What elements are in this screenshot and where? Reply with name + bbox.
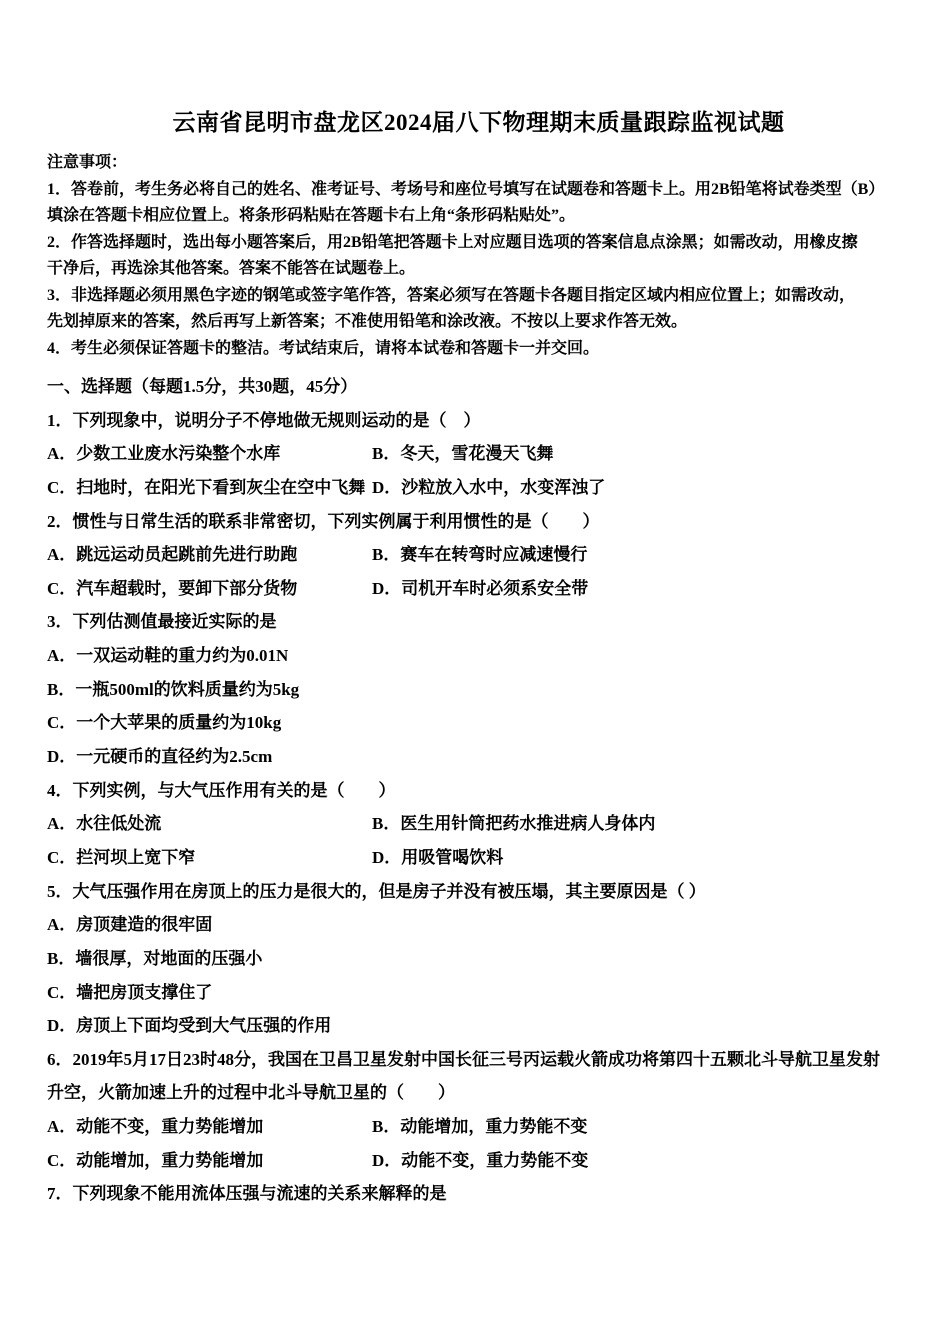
- question-1-option-row-2: C．扫地时，在阳光下看到灰尘在空中飞舞 D．沙粒放入水中，水变浑浊了: [47, 471, 910, 505]
- question-2-option-row-2: C．汽车超载时，要卸下部分货物 D．司机开车时必须系安全带: [47, 572, 910, 606]
- notice-section: 注意事项： 1．答卷前，考生务必将自己的姓名、准考证号、考场号和座位号填写在试题…: [47, 150, 910, 362]
- option-d: D．用吸管喝饮料: [372, 841, 910, 875]
- option-c: C．一个大苹果的质量约为10kg: [47, 706, 910, 740]
- option-c: C．墙把房顶支撑住了: [47, 976, 910, 1010]
- question-6-option-row-2: C．动能增加，重力势能增加 D．动能不变，重力势能不变: [47, 1144, 910, 1178]
- question-6-stem-line-2: 升空，火箭加速上升的过程中北斗导航卫星的（ ）: [47, 1076, 910, 1110]
- question-4-stem: 4．下列实例，与大气压作用有关的是（ ）: [47, 774, 910, 808]
- question-7: 7．下列现象不能用流体压强与流速的关系来解释的是: [47, 1177, 910, 1211]
- option-a: A．少数工业废水污染整个水库: [47, 437, 372, 471]
- option-b: B．动能增加，重力势能不变: [372, 1110, 910, 1144]
- notice-item-2-line-1: 2．作答选择题时，选出每小题答案后，用2B铅笔把答题卡上对应题目选项的答案信息点…: [47, 230, 910, 257]
- option-c: C．动能增加，重力势能增加: [47, 1144, 372, 1178]
- option-b: B．赛车在转弯时应减速慢行: [372, 538, 910, 572]
- exam-paper-page: 云南省昆明市盘龙区2024届八下物理期末质量跟踪监视试题 注意事项： 1．答卷前…: [0, 0, 950, 1344]
- question-4-option-row-2: C．拦河坝上宽下窄 D．用吸管喝饮料: [47, 841, 910, 875]
- question-3-stem: 3．下列估测值最接近实际的是: [47, 605, 910, 639]
- question-1-stem: 1．下列现象中，说明分子不停地做无规则运动的是（ ）: [47, 404, 910, 438]
- option-b: B．冬天，雪花漫天飞舞: [372, 437, 910, 471]
- option-d: D．一元硬币的直径约为2.5cm: [47, 740, 910, 774]
- notice-item-4: 4．考生必须保证答题卡的整洁。考试结束后，请将本试卷和答题卡一并交回。: [47, 336, 910, 363]
- question-6-option-row-1: A．动能不变，重力势能增加 B．动能增加，重力势能不变: [47, 1110, 910, 1144]
- option-a: A．动能不变，重力势能增加: [47, 1110, 372, 1144]
- question-5-stem: 5．大气压强作用在房顶上的压力是很大的，但是房子并没有被压塌，其主要原因是（ ）: [47, 875, 910, 909]
- question-4-option-row-1: A．水往低处流 B．医生用针筒把药水推进病人身体内: [47, 807, 910, 841]
- notice-item-3-line-2: 先划掉原来的答案，然后再写上新答案；不准使用铅笔和涂改液。不按以上要求作答无效。: [47, 309, 910, 336]
- page-title: 云南省昆明市盘龙区2024届八下物理期末质量跟踪监视试题: [47, 108, 910, 138]
- question-1: 1．下列现象中，说明分子不停地做无规则运动的是（ ） A．少数工业废水污染整个水…: [47, 404, 910, 505]
- question-6: 6．2019年5月17日23时48分，我国在卫昌卫星发射中国长征三号丙运载火箭成…: [47, 1043, 910, 1178]
- question-2-stem: 2．惯性与日常生活的联系非常密切，下列实例属于利用惯性的是（ ）: [47, 505, 910, 539]
- option-b: B．医生用针筒把药水推进病人身体内: [372, 807, 910, 841]
- option-d: D．动能不变，重力势能不变: [372, 1144, 910, 1178]
- questions-section: 一、选择题（每题1.5分，共30题，45分） 1．下列现象中，说明分子不停地做无…: [47, 370, 910, 1211]
- option-b: B．一瓶500ml的饮料质量约为5kg: [47, 673, 910, 707]
- option-d: D．房顶上下面均受到大气压强的作用: [47, 1009, 910, 1043]
- question-2: 2．惯性与日常生活的联系非常密切，下列实例属于利用惯性的是（ ） A．跳远运动员…: [47, 505, 910, 606]
- question-7-stem: 7．下列现象不能用流体压强与流速的关系来解释的是: [47, 1177, 910, 1211]
- option-a: A．一双运动鞋的重力约为0.01N: [47, 639, 910, 673]
- option-a: A．水往低处流: [47, 807, 372, 841]
- notice-item-1-line-1: 1．答卷前，考生务必将自己的姓名、准考证号、考场号和座位号填写在试题卷和答题卡上…: [47, 177, 910, 204]
- question-6-stem-line-1: 6．2019年5月17日23时48分，我国在卫昌卫星发射中国长征三号丙运载火箭成…: [47, 1043, 910, 1077]
- option-c: C．拦河坝上宽下窄: [47, 841, 372, 875]
- question-2-option-row-1: A．跳远运动员起跳前先进行助跑 B．赛车在转弯时应减速慢行: [47, 538, 910, 572]
- question-4: 4．下列实例，与大气压作用有关的是（ ） A．水往低处流 B．医生用针筒把药水推…: [47, 774, 910, 875]
- option-b: B．墙很厚，对地面的压强小: [47, 942, 910, 976]
- question-1-option-row-1: A．少数工业废水污染整个水库 B．冬天，雪花漫天飞舞: [47, 437, 910, 471]
- section-heading: 一、选择题（每题1.5分，共30题，45分）: [47, 370, 910, 404]
- option-d: D．司机开车时必须系安全带: [372, 572, 910, 606]
- notice-item-2-line-2: 干净后，再选涂其他答案。答案不能答在试题卷上。: [47, 256, 910, 283]
- option-c: C．汽车超载时，要卸下部分货物: [47, 572, 372, 606]
- notice-heading: 注意事项：: [47, 150, 910, 177]
- notice-item-1-line-2: 填涂在答题卡相应位置上。将条形码粘贴在答题卡右上角“条形码粘贴处”。: [47, 203, 910, 230]
- option-a: A．房顶建造的很牢固: [47, 908, 910, 942]
- option-d: D．沙粒放入水中，水变浑浊了: [372, 471, 910, 505]
- question-3: 3．下列估测值最接近实际的是 A．一双运动鞋的重力约为0.01N B．一瓶500…: [47, 605, 910, 773]
- question-5: 5．大气压强作用在房顶上的压力是很大的，但是房子并没有被压塌，其主要原因是（ ）…: [47, 875, 910, 1043]
- notice-item-3-line-1: 3．非选择题必须用黑色字迹的钢笔或签字笔作答，答案必须写在答题卡各题目指定区域内…: [47, 283, 910, 310]
- option-c: C．扫地时，在阳光下看到灰尘在空中飞舞: [47, 471, 372, 505]
- option-a: A．跳远运动员起跳前先进行助跑: [47, 538, 372, 572]
